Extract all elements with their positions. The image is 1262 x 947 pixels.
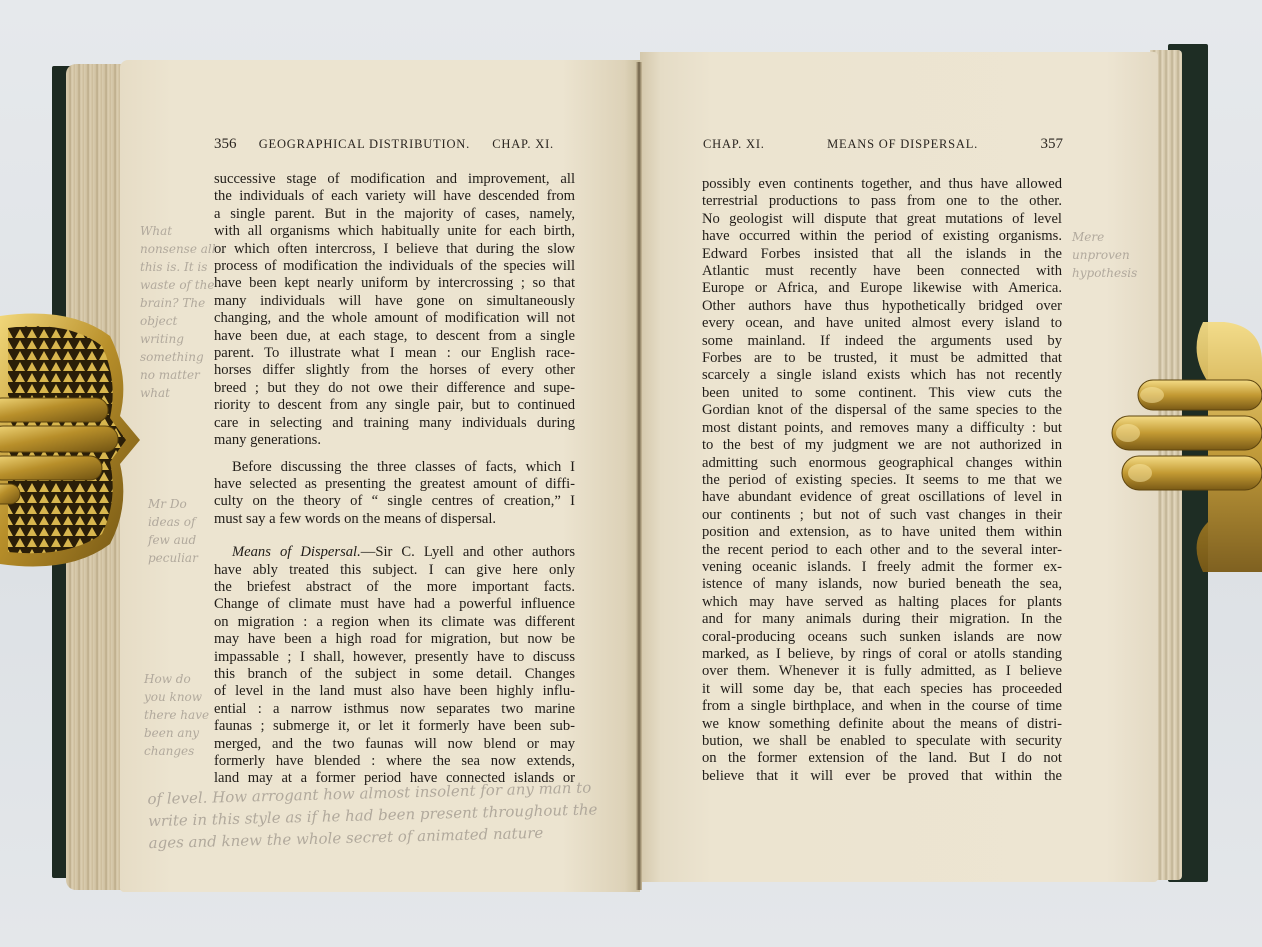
text-line: No geologist will dispute that great mut… bbox=[702, 211, 1062, 228]
text-line: it will some day be, that each species h… bbox=[702, 681, 1062, 698]
text-line: marked, as I believe, by rings of coral … bbox=[702, 646, 1062, 663]
text-line: have occurred within the period of exist… bbox=[702, 228, 1062, 245]
text-line: care in selecting and training many indi… bbox=[214, 415, 575, 432]
right-running-head: CHAP. XI. MEANS OF DISPERSAL. 357 bbox=[703, 136, 1063, 153]
text-line: Means of Dispersal.—Sir C. Lyell and oth… bbox=[214, 544, 575, 561]
text-line: may have been a high road for migration,… bbox=[214, 631, 575, 648]
chapter-label: CHAP. XI. bbox=[492, 137, 554, 152]
text-line: our continents ; but not of such vast ch… bbox=[702, 507, 1062, 524]
text-line: on migration : a region when its climate… bbox=[214, 614, 575, 631]
text-line: Edward Forbes insisted that all the isla… bbox=[702, 246, 1062, 263]
text-line: or which often intercross, I believe tha… bbox=[214, 241, 575, 258]
text-line: coral-producing oceans such sunken islan… bbox=[702, 629, 1062, 646]
page-number: 356 bbox=[214, 136, 237, 153]
text-line: position and extension, as to have unite… bbox=[702, 524, 1062, 541]
text-line: over them. Whenever it is fully admitted… bbox=[702, 663, 1062, 680]
text-line: which may have served as halting places … bbox=[702, 594, 1062, 611]
text-line: terrestrial productions to pass from one… bbox=[702, 193, 1062, 210]
pencil-bottom-note: of level. How arrogant how almost insole… bbox=[147, 776, 619, 854]
text-line: changing, and the whole amount of modifi… bbox=[214, 310, 575, 327]
brass-hand-clip-right bbox=[1108, 322, 1262, 572]
pencil-margin-note: Mere unproven hypothesis bbox=[1072, 228, 1152, 282]
text-line: Forbes are to be trusted, it must be adm… bbox=[702, 350, 1062, 367]
text-line: to the best of my judgment we are not au… bbox=[702, 437, 1062, 454]
text-line: believe that it will ever be proved that… bbox=[702, 768, 1062, 785]
text-line: Atlantic must recently have been connect… bbox=[702, 263, 1062, 280]
text-line: been united to some continent. This view… bbox=[702, 385, 1062, 402]
text-line: a single parent. But in the majority of … bbox=[214, 206, 575, 223]
text-line: Gordian knot of the dispersal of the sam… bbox=[702, 402, 1062, 419]
text-line: must say a few words on the means of dis… bbox=[214, 511, 575, 528]
text-line: process of modification the individuals … bbox=[214, 258, 575, 275]
text-line: Change of climate must have had a powerf… bbox=[214, 596, 575, 613]
running-title: GEOGRAPHICAL DISTRIBUTION. bbox=[259, 137, 470, 152]
text-line: have been kept nearly uniform by intercr… bbox=[214, 275, 575, 292]
section-heading: Means of Dispersal. bbox=[232, 544, 361, 560]
text-line: admitting such enormous geographical cha… bbox=[702, 455, 1062, 472]
pencil-margin-note: How do you know there have been any chan… bbox=[144, 670, 216, 760]
text-line: have selected as presenting the greatest… bbox=[214, 476, 575, 493]
text-line: many individuals will have gone on simul… bbox=[214, 293, 575, 310]
text-line: culty on the theory of “ single centres … bbox=[214, 493, 575, 510]
text-line: ential : a narrow isthmus now separates … bbox=[214, 701, 575, 718]
running-title: MEANS OF DISPERSAL. bbox=[827, 137, 978, 152]
text-line: Europe or Africa, and Europe likewise wi… bbox=[702, 280, 1062, 297]
text-line: Before discussing the three classes of f… bbox=[214, 459, 575, 476]
page-number: 357 bbox=[1040, 136, 1063, 153]
text-line: most distant points, and removes many a … bbox=[702, 420, 1062, 437]
pencil-margin-note: What nonsense all this is. It is waste o… bbox=[140, 222, 218, 402]
text-line: faunas ; submerge it, or let it formerly… bbox=[214, 718, 575, 735]
text-line: vening oceanic islands. I freely admit t… bbox=[702, 559, 1062, 576]
brass-hand-clip-left bbox=[0, 306, 140, 574]
chapter-label: CHAP. XI. bbox=[703, 137, 765, 152]
text-line: breed ; but they do not owe their differ… bbox=[214, 380, 575, 397]
text-line: successive stage of modification and imp… bbox=[214, 171, 575, 188]
text-line: this branch of the subject in some detai… bbox=[214, 666, 575, 683]
text-line: some mainland. If indeed the arguments u… bbox=[702, 333, 1062, 350]
text-line: istence of many islands, now buried bene… bbox=[702, 576, 1062, 593]
text-line: we know something definite about the mea… bbox=[702, 716, 1062, 733]
text-line: have been due, at each stage, to descent… bbox=[214, 328, 575, 345]
text-line: bution, we shall be enabled to speculate… bbox=[702, 733, 1062, 750]
text-line: have abundant evidence of great oscillat… bbox=[702, 489, 1062, 506]
text-line: scarcely a single island exists which ha… bbox=[702, 367, 1062, 384]
text-line: merged, and the two faunas will now blen… bbox=[214, 736, 575, 753]
text-line: the individuals of each variety will hav… bbox=[214, 188, 575, 205]
text-line: and for many animals during their migrat… bbox=[702, 611, 1062, 628]
text-line: have ably treated this subject. I can gi… bbox=[214, 562, 575, 579]
text-line: Other authors have thus hypothetically b… bbox=[702, 298, 1062, 315]
text-line: impassable ; I shall, however, presently… bbox=[214, 649, 575, 666]
text-line: of level in the land must also have been… bbox=[214, 683, 575, 700]
text-line: every ocean, and have united almost ever… bbox=[702, 315, 1062, 332]
text-line: riority to descent from any single pair,… bbox=[214, 397, 575, 414]
book-gutter bbox=[636, 62, 642, 890]
left-page-text: successive stage of modification and imp… bbox=[214, 171, 575, 788]
text-line: with all organisms which habitually unit… bbox=[214, 223, 575, 240]
left-running-head: 356 GEOGRAPHICAL DISTRIBUTION. CHAP. XI. bbox=[214, 136, 554, 153]
text-line: the period of existing species. It seems… bbox=[702, 472, 1062, 489]
text-line: parent. To illustrate what I mean : our … bbox=[214, 345, 575, 362]
text-line: possibly even continents together, and t… bbox=[702, 176, 1062, 193]
text-line: the recent period to each other and to t… bbox=[702, 542, 1062, 559]
text-line: horses differ slightly from the horses o… bbox=[214, 362, 575, 379]
text-line: from a single birthplace, and when in th… bbox=[702, 698, 1062, 715]
text-line: on the former extension of the land. But… bbox=[702, 750, 1062, 767]
right-page-text: possibly even continents together, and t… bbox=[702, 176, 1062, 785]
text-line: formerly have blended : where the sea no… bbox=[214, 753, 575, 770]
text-line: many generations. bbox=[214, 432, 575, 449]
pencil-margin-note: Mr Do ideas of few aud peculiar bbox=[148, 495, 218, 567]
text-line: the briefest abstract of the more import… bbox=[214, 579, 575, 596]
